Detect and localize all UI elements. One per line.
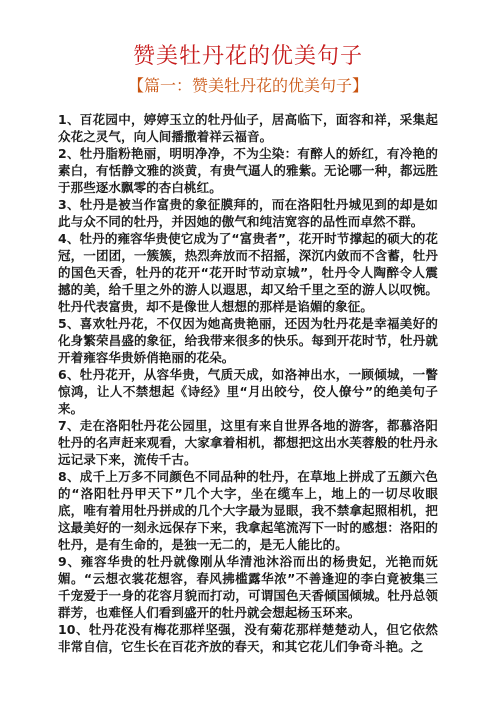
- document-subtitle: 【篇一：赞美牡丹花的优美句子】: [0, 75, 496, 96]
- paragraph-9: 9、雍容华贵的牡丹就像刚从华清池沐浴而出的杨贵妃，光艳而妩媚。“云想衣裳花想容，…: [58, 553, 438, 621]
- paragraph-7: 7、走在洛阳牡丹花公园里，这里有来自世界各地的游客，都慕洛阳牡丹的名声赶来观看，…: [58, 417, 438, 468]
- paragraph-3: 3、牡丹是被当作富贵的象征膜拜的，而在洛阳牡丹城见到的却是如此与众不同的牡丹，并…: [58, 196, 438, 230]
- document-title: 赞美牡丹花的优美句子: [0, 0, 496, 71]
- paragraph-6: 6、牡丹花开，从容华贵，气质天成，如洛神出水，一顾倾城，一瞥惊鸿，让人不禁想起《…: [58, 366, 438, 417]
- paragraph-1: 1、百花园中，婷婷玉立的牡丹仙子，居高临下，面容和祥，采集起众花之灵气，向人间播…: [58, 111, 438, 145]
- paragraph-5: 5、喜欢牡丹花，不仅因为她高贵艳丽，还因为牡丹花是幸福美好的化身繁荣昌盛的象征，…: [58, 315, 438, 366]
- paragraph-10: 10、牡丹花没有梅花那样坚强，没有菊花那样楚楚动人，但它依然非常自信，它生长在百…: [58, 621, 438, 655]
- document-page: 赞美牡丹花的优美句子 【篇一：赞美牡丹花的优美句子】 1、百花园中，婷婷玉立的牡…: [0, 0, 496, 702]
- paragraph-4: 4、牡丹的雍容华贵使它成为了“富贵者”，花开时节撑起的硕大的花冠，一团团，一簇簇…: [58, 230, 438, 315]
- paragraph-8: 8、成千上万多不同颜色不同品种的牡丹，在草地上拼成了五颜六色的“洛阳牡丹甲天下”…: [58, 468, 438, 553]
- document-body: 1、百花园中，婷婷玉立的牡丹仙子，居高临下，面容和祥，采集起众花之灵气，向人间播…: [58, 111, 438, 655]
- paragraph-2: 2、牡丹脂粉艳丽，明明净净，不为尘染：有醉人的娇红，有冷艳的素白，有恬静文雅的淡…: [58, 145, 438, 196]
